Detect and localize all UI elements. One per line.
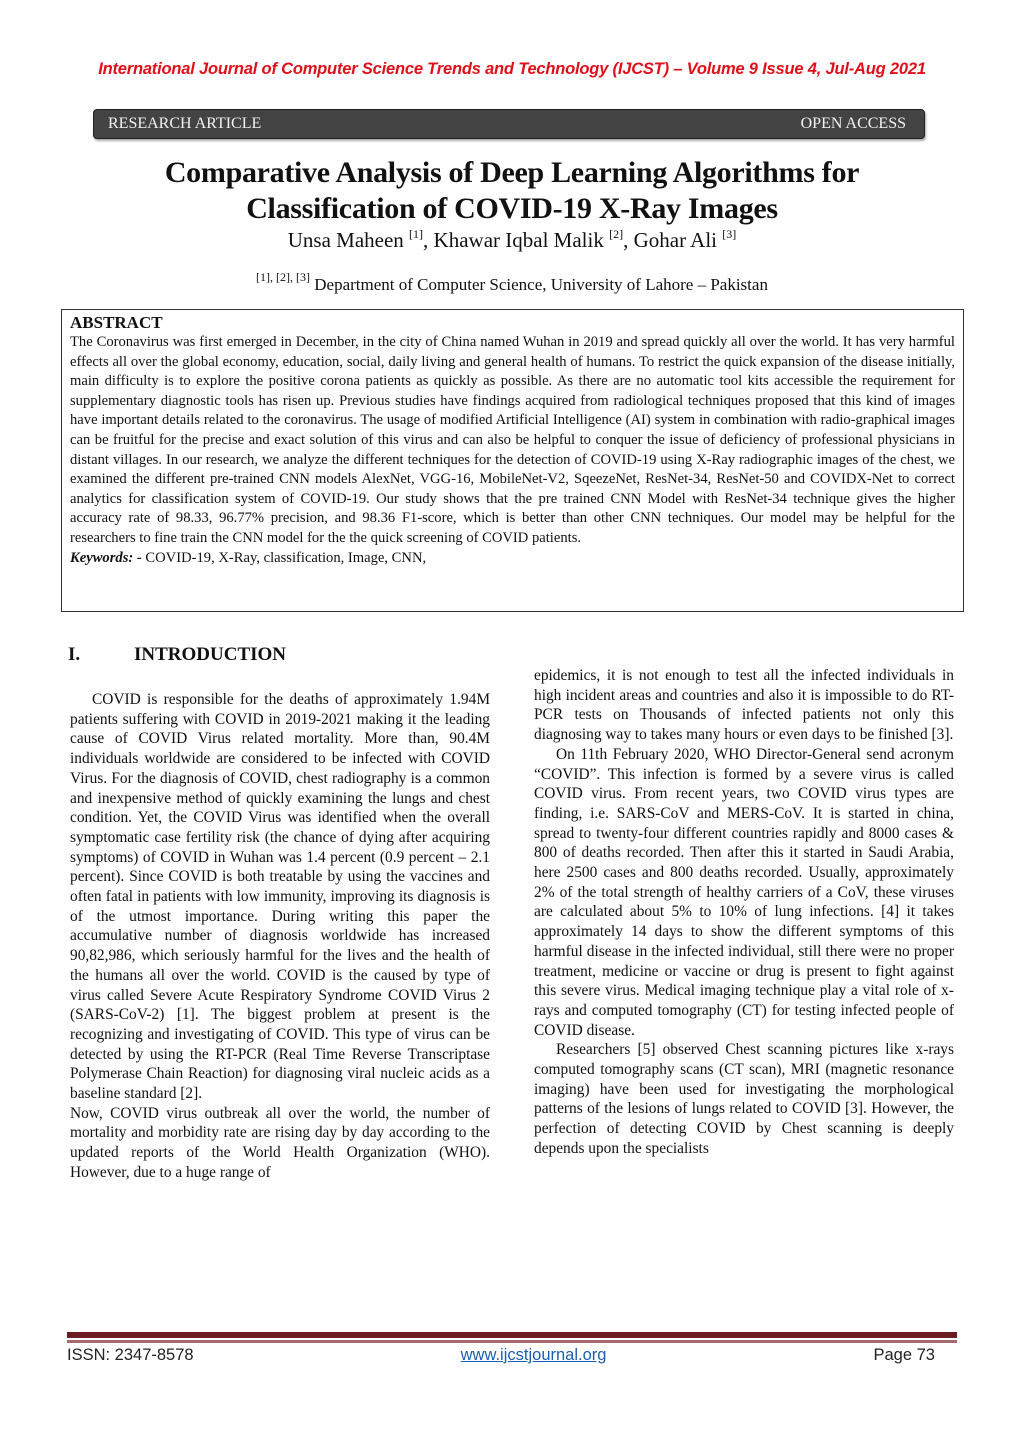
- keywords-text: COVID-19, X-Ray, classification, Image, …: [142, 550, 426, 566]
- abstract-box: ABSTRACT The Coronavirus was first emerg…: [61, 309, 964, 612]
- journal-website-link[interactable]: www.ijcstjournal.org: [461, 1346, 607, 1365]
- article-type-label: RESEARCH ARTICLE: [108, 115, 261, 133]
- page-footer: ISSN: 2347-8578 www.ijcstjournal.org Pag…: [67, 1346, 935, 1365]
- affiliation: [1], [2], [3] Department of Computer Sci…: [0, 270, 1024, 295]
- abstract-text: The Coronavirus was first emerged in Dec…: [70, 333, 955, 549]
- page-number: Page 73: [874, 1346, 935, 1365]
- paragraph: epidemics, it is not enough to test all …: [534, 666, 954, 745]
- author-name: Khawar Iqbal Malik: [434, 228, 604, 252]
- author-list: Unsa Maheen [1], Khawar Iqbal Malik [2],…: [0, 227, 1024, 253]
- open-access-label: OPEN ACCESS: [801, 115, 906, 133]
- left-column: COVID is responsible for the deaths of a…: [70, 690, 490, 1183]
- author-name: Gohar Ali: [634, 228, 717, 252]
- section-number: I.: [68, 644, 134, 666]
- paragraph: Researchers [5] observed Chest scanning …: [534, 1040, 954, 1158]
- paper-title-line-2: Classification of COVID-19 X-Ray Images: [0, 191, 1024, 227]
- affiliation-text: Department of Computer Science, Universi…: [314, 275, 768, 294]
- issn: ISSN: 2347-8578: [67, 1346, 194, 1365]
- abstract-heading: ABSTRACT: [70, 313, 955, 333]
- journal-header: International Journal of Computer Scienc…: [0, 60, 1024, 79]
- author-separator: ,: [423, 228, 434, 252]
- paper-title: Comparative Analysis of Deep Learning Al…: [0, 155, 1024, 227]
- keywords-line: Keywords: - COVID-19, X-Ray, classificat…: [70, 549, 955, 569]
- section-heading-introduction: I.INTRODUCTION: [68, 644, 286, 666]
- paragraph: Now, COVID virus outbreak all over the w…: [70, 1104, 490, 1183]
- footer-divider: [67, 1332, 957, 1340]
- article-type-bar: RESEARCH ARTICLE OPEN ACCESS: [93, 109, 925, 139]
- right-column: epidemics, it is not enough to test all …: [534, 666, 954, 1159]
- paper-title-line-1: Comparative Analysis of Deep Learning Al…: [0, 155, 1024, 191]
- author-ref: [2]: [609, 227, 623, 241]
- author-ref: [1]: [409, 227, 423, 241]
- paragraph: COVID is responsible for the deaths of a…: [70, 690, 490, 1104]
- author-separator: ,: [623, 228, 634, 252]
- author-name: Unsa Maheen: [288, 228, 404, 252]
- keywords-label: Keywords: -: [70, 550, 142, 566]
- section-title: INTRODUCTION: [134, 644, 286, 665]
- paragraph: On 11th February 2020, WHO Director-Gene…: [534, 745, 954, 1041]
- author-ref: [3]: [722, 227, 736, 241]
- affiliation-refs: [1], [2], [3]: [256, 270, 310, 284]
